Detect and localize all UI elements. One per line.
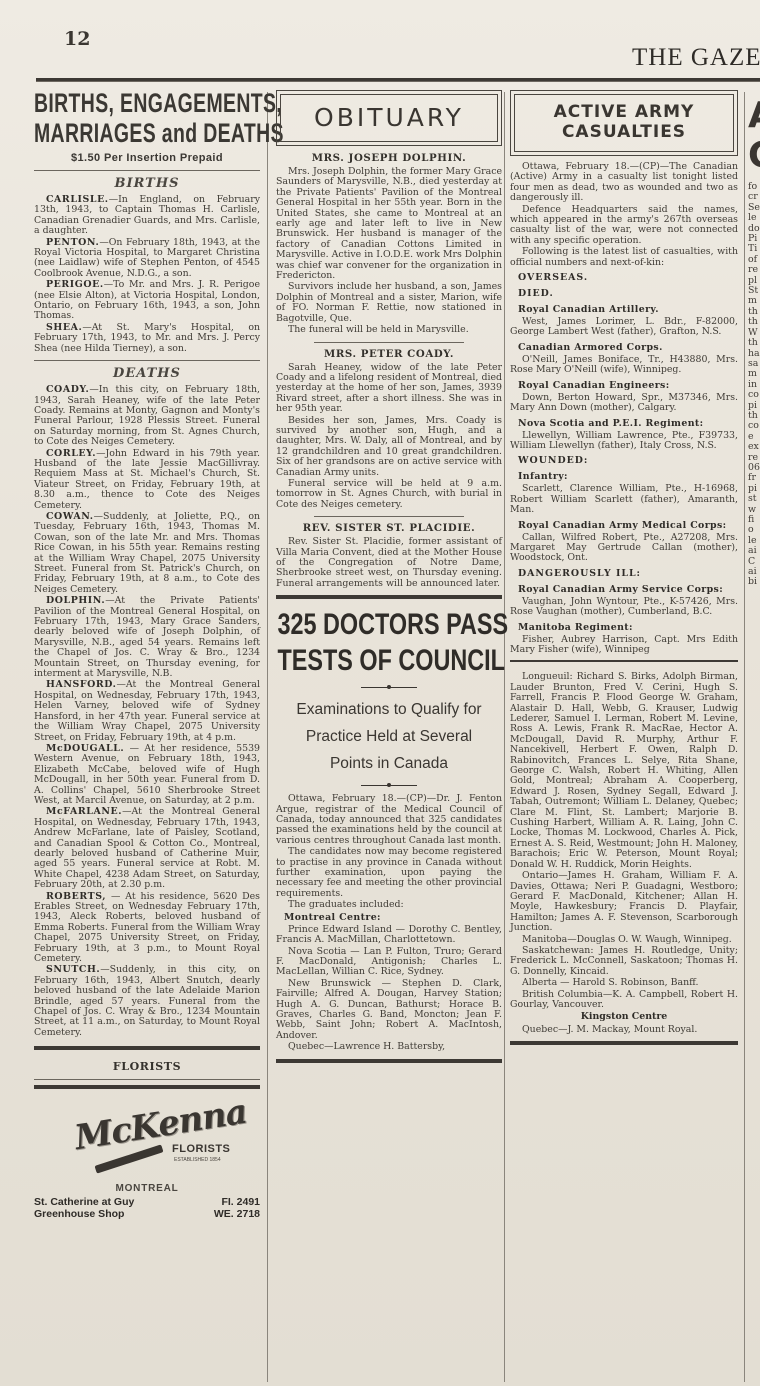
- notice-text: —Suddenly, in this city, on February 16t…: [34, 964, 260, 1037]
- established-label: ESTABLISHED 1854: [174, 1157, 221, 1163]
- notice-entry: ROBERTS, — At his residence, 5620 Des Er…: [34, 892, 260, 965]
- casualties-article-body: Ottawa, February 18.—(CP)—The Canadian (…: [510, 162, 738, 655]
- notice-entry: SHEA.—At St. Mary's Hospital, on Februar…: [34, 323, 260, 354]
- paragraph: Defence Headquarters said the names, whi…: [510, 205, 738, 247]
- notice-entry: CORLEY.—John Edward in his 79th year. Hu…: [34, 449, 260, 511]
- notice-text: —At the Montreal General Hospital, on We…: [34, 806, 260, 890]
- ornament-divider: [361, 687, 417, 688]
- notice-text: —At the Private Patients' Pavilion of th…: [34, 595, 260, 679]
- graduate-entry: Saskatchewan: James H. Routledge, Unity;…: [510, 946, 738, 977]
- notice-surname: ROBERTS,: [46, 891, 106, 902]
- graduate-entry: British Columbia—K. A. Campbell, Robert …: [510, 990, 738, 1011]
- casualty-entry: Vaughan, John Wyntour, Pte., K-57426, Mr…: [510, 597, 738, 618]
- obituary-body: Mrs. Joseph Dolphin, the former Mary Gra…: [276, 167, 502, 336]
- casualty-entry: O'Neill, James Boniface, Tr., H43880, Mr…: [510, 355, 738, 376]
- paragraph: Following is the latest list of casualti…: [510, 247, 738, 268]
- notice-surname: COADY.: [46, 384, 89, 395]
- headline-letter: C: [748, 136, 760, 176]
- divider: [34, 360, 260, 361]
- paragraph: Ottawa, February 18.—(CP)—Dr. J. Fenton …: [276, 794, 502, 846]
- centre-heading: Montreal Centre:: [284, 912, 502, 924]
- notice-surname: CORLEY.: [46, 448, 96, 459]
- ad-phone-number: FI. 2491: [221, 1196, 260, 1208]
- adjacent-column-fragment: AC focrSeledoPiTiofreplStmththWthhasamin…: [748, 96, 760, 588]
- casualty-category: WOUNDED:: [518, 455, 738, 467]
- text-fragment: ex: [748, 442, 760, 452]
- obituary-list: MRS. JOSEPH DOLPHIN.Mrs. Joseph Dolphin,…: [276, 152, 502, 589]
- paragraph: Sarah Heaney, widow of the late Peter Co…: [276, 363, 502, 415]
- text-fragment: bi: [748, 577, 760, 587]
- headline-line: BIRTHS, ENGAGEMENTS,: [34, 88, 197, 118]
- divider: [34, 1085, 260, 1089]
- paragraph: The candidates now may become registered…: [276, 847, 502, 899]
- notice-surname: PENTON.: [46, 237, 99, 248]
- news-subheadline: Examinations to Qualify forPractice Held…: [276, 696, 502, 777]
- graduate-entry: Quebec—J. M. Mackay, Mount Royal.: [510, 1025, 738, 1035]
- notice-entry: HANSFORD.—At the Montreal General Hospit…: [34, 680, 260, 742]
- casualty-category: DANGEROUSLY ILL:: [518, 568, 738, 580]
- news-headline: TESTS OF COUNCIL: [277, 643, 500, 679]
- casualty-entry: Llewellyn, William Lawrence, Pte., F3973…: [510, 431, 738, 452]
- paragraph: Funeral service will be held at 9 a.m. t…: [276, 479, 502, 510]
- news-article-body: Ottawa, February 18.—(CP)—Dr. J. Fenton …: [276, 794, 502, 1052]
- births-list: CARLISLE.—In England, on February 13th, …: [34, 195, 260, 354]
- ornament-divider: [361, 785, 417, 786]
- notice-entry: DOLPHIN.—At the Private Patients' Pavili…: [34, 596, 260, 679]
- divider: [34, 1079, 260, 1080]
- news-headline: 325 DOCTORS PASS: [277, 607, 500, 643]
- notice-surname: McDOUGALL.: [46, 743, 124, 754]
- obituary-heading: MRS. JOSEPH DOLPHIN.: [276, 152, 502, 164]
- obituary-heading: REV. SISTER ST. PLACIDIE.: [276, 522, 502, 534]
- divider: [34, 1046, 260, 1050]
- casualty-unit: Canadian Armored Corps.: [518, 342, 738, 354]
- text-fragment: th: [748, 338, 760, 348]
- notice-surname: COWAN.: [46, 511, 94, 522]
- title-line: CASUALTIES: [519, 122, 729, 142]
- casualty-unit: Nova Scotia and P.E.I. Regiment:: [518, 418, 738, 430]
- announcements-column: BIRTHS, ENGAGEMENTS, MARRIAGES and DEATH…: [34, 88, 260, 1220]
- subheadline-line: Points in Canada: [276, 750, 502, 777]
- price-tagline: $1.50 Per Insertion Prepaid: [34, 152, 260, 164]
- newspaper-page: 12 THE GAZET BIRTHS, ENGAGEMENTS, MARRIA…: [0, 0, 760, 1386]
- notice-entry: SNUTCH.—Suddenly, in this city, on Febru…: [34, 965, 260, 1038]
- notice-text: —Suddenly, at Joliette, P.Q., on Tuesday…: [34, 511, 260, 595]
- casualty-entry: West, James Lorimer, L. Bdr., F-82000, G…: [510, 317, 738, 338]
- obituary-body: Sarah Heaney, widow of the late Peter Co…: [276, 363, 502, 511]
- graduate-entry: Quebec—Lawrence H. Battersby,: [276, 1042, 502, 1052]
- paragraph: Ottawa, February 18.—(CP)—The Canadian (…: [510, 162, 738, 204]
- ad-location-label: Greenhouse Shop: [34, 1208, 124, 1220]
- column-divider: [744, 92, 745, 1382]
- divider: [276, 595, 502, 599]
- masthead-rule: [36, 78, 760, 82]
- notice-surname: SNUTCH.: [46, 964, 100, 975]
- casualty-entry: Callan, Wilfred Robert, Pte., A27208, Mr…: [510, 533, 738, 564]
- florist-logo: McKenna FLORISTS ESTABLISHED 1854: [34, 1099, 260, 1179]
- text-fragment: co: [748, 390, 760, 400]
- column-divider: [504, 92, 505, 1382]
- notice-surname: DOLPHIN.: [46, 595, 105, 606]
- paragraph: Mrs. Joseph Dolphin, the former Mary Gra…: [276, 167, 502, 281]
- casualty-category: OVERSEAS.: [518, 272, 738, 284]
- graduate-entry: Manitoba—Douglas O. W. Waugh, Winnipeg.: [510, 935, 738, 945]
- graduate-entry: Nova Scotia — Lan P. Fulton, Truro; Gera…: [276, 947, 502, 978]
- casualties-column: ACTIVE ARMY CASUALTIES Ottawa, February …: [510, 88, 738, 1053]
- casualties-box-title: ACTIVE ARMY CASUALTIES: [514, 94, 734, 152]
- ad-phone-number: WE. 2718: [214, 1208, 260, 1220]
- casualty-unit: Royal Canadian Army Service Corps:: [518, 584, 738, 596]
- divider: [314, 516, 464, 517]
- notice-surname: SHEA.: [46, 322, 82, 333]
- graduate-entry: Prince Edward Island — Dorothy C. Bentle…: [276, 925, 502, 946]
- subheadline-line: Examinations to Qualify for: [276, 696, 502, 723]
- notice-surname: CARLISLE.: [46, 194, 109, 205]
- title-line: ACTIVE ARMY: [519, 102, 729, 122]
- casualty-category: DIED.: [518, 288, 738, 300]
- section-headline: BIRTHS, ENGAGEMENTS, MARRIAGES and DEATH…: [34, 88, 260, 152]
- graduates-continued: Longueuil: Richard S. Birks, Adolph Birm…: [510, 672, 738, 1035]
- paragraph: The funeral will be held in Marysville.: [276, 325, 502, 335]
- newspaper-title: THE GAZET: [632, 44, 760, 72]
- casualty-unit: Royal Canadian Engineers:: [518, 380, 738, 392]
- paragraph: Rev. Sister St. Placidie, former assista…: [276, 537, 502, 589]
- notice-entry: PENTON.—On February 18th, 1943, at the R…: [34, 238, 260, 280]
- notice-entry: COADY.—In this city, on February 18th, 1…: [34, 385, 260, 447]
- notice-text: —John Edward in his 79th year. Husband o…: [34, 448, 260, 511]
- divider: [314, 342, 464, 343]
- headline-line: MARRIAGES and DEATHS: [34, 118, 197, 148]
- column-divider: [267, 92, 268, 1382]
- paragraph: Survivors include her husband, a son, Ja…: [276, 282, 502, 324]
- casualty-entry: Fisher, Aubrey Harrison, Capt. Mrs Edith…: [510, 635, 738, 656]
- page-number: 12: [64, 28, 90, 50]
- ad-location-label: St. Catherine at Guy: [34, 1196, 134, 1208]
- florist-advertisement: McKenna FLORISTS ESTABLISHED 1854 MONTRE…: [34, 1099, 260, 1220]
- casualty-unit: Infantry:: [518, 471, 738, 483]
- divider: [510, 660, 738, 662]
- centre-heading: Kingston Centre: [510, 1012, 738, 1022]
- casualty-unit: Royal Canadian Artillery.: [518, 304, 738, 316]
- subheadline-line: Practice Held at Several: [276, 723, 502, 750]
- notice-entry: McFARLANE.—At the Montreal General Hospi…: [34, 807, 260, 890]
- deaths-heading: DEATHS: [34, 366, 260, 381]
- casualty-entry: Scarlett, Clarence William, Pte., H-1696…: [510, 484, 738, 515]
- ad-locations: St. Catherine at GuyFI. 2491Greenhouse S…: [34, 1196, 260, 1220]
- notice-surname: McFARLANE.: [46, 806, 122, 817]
- obituary-box-title: OBITUARY: [280, 94, 498, 142]
- headline-letter: A: [748, 96, 760, 136]
- ad-location-row: Greenhouse ShopWE. 2718: [34, 1208, 260, 1220]
- casualty-unit: Manitoba Regiment:: [518, 622, 738, 634]
- adjacent-text-fragment: focrSeledoPiTiofreplStmththWthhasamincop…: [748, 182, 760, 588]
- graduate-entry: Alberta — Harold S. Robinson, Banff.: [510, 978, 738, 988]
- ad-location-row: St. Catherine at GuyFI. 2491: [34, 1196, 260, 1208]
- adjacent-headline-fragment: AC: [748, 96, 760, 176]
- divider: [34, 170, 260, 171]
- notice-entry: McDOUGALL. — At her residence, 5539 West…: [34, 744, 260, 806]
- notice-surname: HANSFORD.: [46, 679, 117, 690]
- graduate-entry: New Brunswick — Stephen D. Clark, Fairvi…: [276, 979, 502, 1041]
- notice-text: —In this city, on February 18th, 1943, S…: [34, 384, 260, 447]
- obituary-heading: MRS. PETER COADY.: [276, 348, 502, 360]
- ad-city: MONTREAL: [34, 1183, 260, 1194]
- graduate-entry: Ontario—James H. Graham, William F. A. D…: [510, 871, 738, 933]
- notice-entry: PERIGOE.—To Mr. and Mrs. J. R. Perigoe (…: [34, 280, 260, 322]
- florists-heading: FLORISTS: [34, 1060, 260, 1073]
- florist-label: FLORISTS: [172, 1143, 230, 1155]
- graduate-entry: Longueuil: Richard S. Birks, Adolph Birm…: [510, 672, 738, 870]
- notice-text: — At his residence, 5620 Des Erables Str…: [34, 891, 260, 964]
- notice-text: —At the Montreal General Hospital, on We…: [34, 679, 260, 742]
- casualty-unit: Royal Canadian Army Medical Corps:: [518, 520, 738, 532]
- paragraph: The graduates included:: [276, 900, 502, 910]
- deaths-list: COADY.—In this city, on February 18th, 1…: [34, 385, 260, 1038]
- paragraph: Besides her son, James, Mrs. Coady is su…: [276, 416, 502, 478]
- notice-entry: COWAN.—Suddenly, at Joliette, P.Q., on T…: [34, 512, 260, 595]
- obituary-column: OBITUARY MRS. JOSEPH DOLPHIN.Mrs. Joseph…: [276, 88, 502, 1071]
- divider: [276, 1059, 502, 1063]
- obituary-body: Rev. Sister St. Placidie, former assista…: [276, 537, 502, 589]
- casualty-entry: Down, Berton Howard, Spr., M37346, Mrs. …: [510, 393, 738, 414]
- notice-entry: CARLISLE.—In England, on February 13th, …: [34, 195, 260, 237]
- divider: [510, 1041, 738, 1045]
- notice-surname: PERIGOE.: [46, 279, 104, 290]
- notice-text: — At her residence, 5539 Western Avenue,…: [34, 743, 260, 806]
- births-heading: BIRTHS: [34, 176, 260, 191]
